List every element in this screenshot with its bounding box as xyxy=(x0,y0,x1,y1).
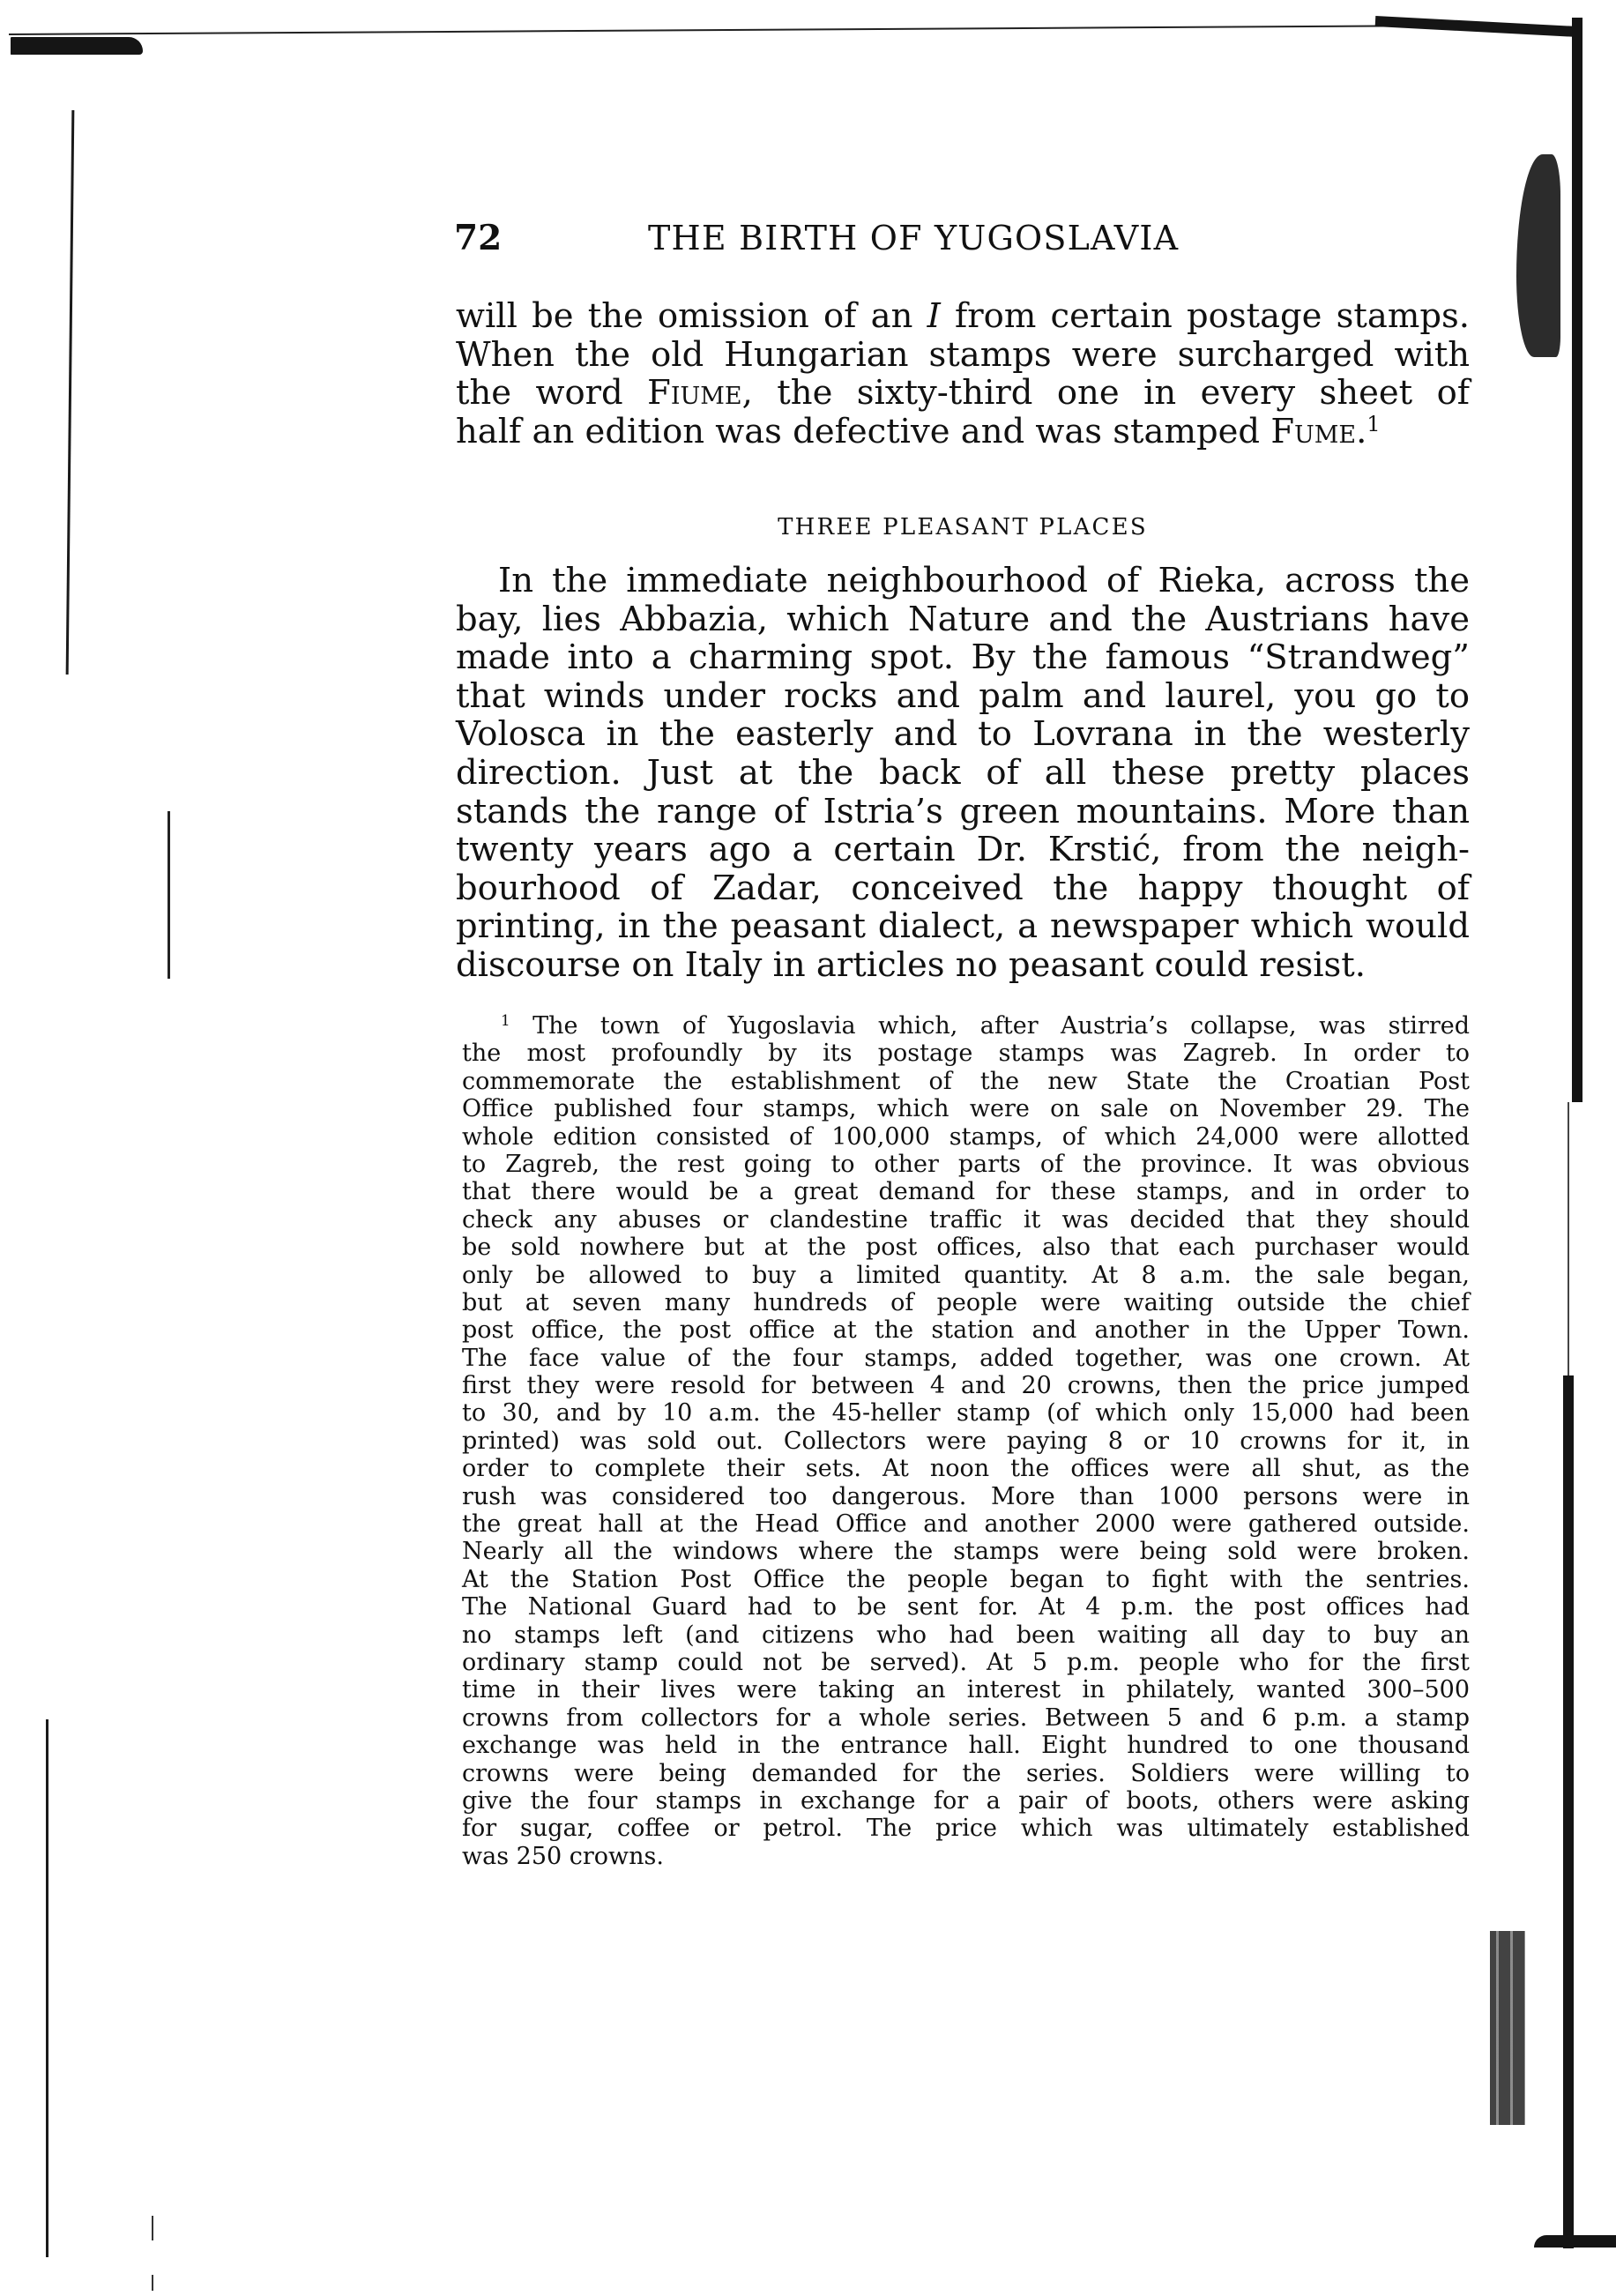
body-line: twenty years ago a certain Dr. Krstić, f… xyxy=(456,831,1470,869)
small-caps-word: Fiume xyxy=(647,373,742,413)
body-line: Volosca in the easterly and to Lovrana i… xyxy=(456,715,1470,754)
footnote-line: commemorate the establishment of the new… xyxy=(462,1068,1470,1095)
scan-left-edge-line-lower xyxy=(46,1719,48,2257)
footnote-line: that there would be a great demand for t… xyxy=(462,1178,1470,1205)
footnote-line: exchange was held in the entrance hall. … xyxy=(462,1732,1470,1759)
body-line: discourse on Italy in articles no peasan… xyxy=(456,946,1470,985)
footnote: 1 The town of Yugoslavia which, after Au… xyxy=(462,1012,1470,1870)
footnote-line: first they were resold for between 4 and… xyxy=(462,1372,1470,1399)
footnote-line: check any abuses or clandestine traffic … xyxy=(462,1206,1470,1234)
footnote-line: order to complete their sets. At noon th… xyxy=(462,1455,1470,1482)
footnote-line: rush was considered too dangerous. More … xyxy=(462,1483,1470,1510)
body-line: half an edition was defective and was st… xyxy=(456,413,1470,451)
footnote-line: ordinary stamp could not be served). At … xyxy=(462,1649,1470,1676)
footnote-line: The National Guard had to be sent for. A… xyxy=(462,1593,1470,1621)
body-line: direction. Just at the back of all these… xyxy=(456,754,1470,793)
scan-right-blot-lower xyxy=(1490,1931,1525,2125)
body-line: will be the omission of an I from certai… xyxy=(456,297,1470,336)
footnote-marker: 1 xyxy=(501,1011,510,1029)
scan-right-edge-band-thin xyxy=(1568,1102,1569,1384)
body-line: When the old Hungarian stamps were surch… xyxy=(456,336,1470,375)
scan-left-mark xyxy=(168,811,170,979)
footnote-line: whole edition consisted of 100,000 stamp… xyxy=(462,1123,1470,1151)
footnote-line: but at seven many hundreds of people wer… xyxy=(462,1289,1470,1316)
footnote-line: to Zagreb, the rest going to other parts… xyxy=(462,1151,1470,1178)
footnote-line: The face value of the four stamps, added… xyxy=(462,1345,1470,1372)
footnote-line: for sugar, coffee or petrol. The price w… xyxy=(462,1815,1470,1842)
small-caps-word: Fume xyxy=(1270,412,1356,451)
scan-right-edge-band-lower xyxy=(1563,1375,1574,2248)
scan-right-blot-upper xyxy=(1516,154,1560,357)
body-line: stands the range of Istria’s green mount… xyxy=(456,793,1470,831)
footnote-line: be sold nowhere but at the post offices,… xyxy=(462,1234,1470,1261)
body-line: the word Fiume, the sixty-third one in e… xyxy=(456,374,1470,413)
footnote-line: the great hall at the Head Office and an… xyxy=(462,1510,1470,1538)
section-heading: THREE PLEASANT PLACES xyxy=(456,514,1470,540)
italic-letter: I xyxy=(927,296,941,336)
footnote-line: Office published four stamps, which were… xyxy=(462,1095,1470,1122)
scan-left-tick-bottom xyxy=(152,2275,153,2291)
page-number: 72 xyxy=(454,217,502,259)
footnote-line: time in their lives were taking an inter… xyxy=(462,1676,1470,1703)
scan-top-right-edge xyxy=(1375,16,1582,37)
footnote-line: to 30, and by 10 a.m. the 45-heller stam… xyxy=(462,1399,1470,1427)
footnote-line: only be allowed to buy a limited quantit… xyxy=(462,1262,1470,1289)
scan-left-tick xyxy=(152,2216,153,2240)
footnote-line: post office, the post office at the stat… xyxy=(462,1316,1470,1344)
footnote-line: printed) was sold out. Collectors were p… xyxy=(462,1428,1470,1455)
body-line: printing, in the peasant dialect, a news… xyxy=(456,907,1470,946)
footnote-line: crowns from collectors for a whole serie… xyxy=(462,1704,1470,1732)
footnote-reference[interactable]: 1 xyxy=(1367,412,1380,436)
body-line: bay, lies Abbazia, which Nature and the … xyxy=(456,600,1470,639)
footnote-line: At the Station Post Office the people be… xyxy=(462,1566,1470,1593)
footnote-line: no stamps left (and citizens who had bee… xyxy=(462,1621,1470,1649)
body-line: In the immediate neighbourhood of Rieka,… xyxy=(456,562,1470,600)
scanned-book-page: 72 THE BIRTH OF YUGOSLAVIA will be the o… xyxy=(0,0,1616,2296)
body-line: that winds under rocks and palm and laur… xyxy=(456,677,1470,716)
scan-top-edge-line xyxy=(9,25,1419,35)
scan-left-edge-line-upper xyxy=(66,110,75,675)
body-line: made into a charming spot. By the famous… xyxy=(456,638,1470,677)
footnote-line: the most profoundly by its postage stamp… xyxy=(462,1040,1470,1067)
footnote-line: was 250 crowns. xyxy=(462,1843,1470,1870)
footnote-line: Nearly all the windows where the stamps … xyxy=(462,1538,1470,1565)
book-title: THE BIRTH OF YUGOSLAVIA xyxy=(648,217,1179,259)
body-line: bourhood of Zadar, conceived the happy t… xyxy=(456,869,1470,908)
paragraph-three-pleasant-places: In the immediate neighbourhood of Rieka,… xyxy=(456,562,1470,985)
footnote-line: give the four stamps in exchange for a p… xyxy=(462,1787,1470,1815)
scan-right-edge-band xyxy=(1572,18,1582,1102)
scan-bottom-right-corner xyxy=(1534,2235,1616,2248)
scan-top-left-smudge xyxy=(11,37,143,55)
paragraph-continuation: will be the omission of an I from certai… xyxy=(456,297,1470,451)
footnote-line: 1 The town of Yugoslavia which, after Au… xyxy=(462,1012,1470,1040)
footnote-line: crowns were being demanded for the serie… xyxy=(462,1760,1470,1787)
running-head: 72 THE BIRTH OF YUGOSLAVIA xyxy=(454,217,1468,259)
